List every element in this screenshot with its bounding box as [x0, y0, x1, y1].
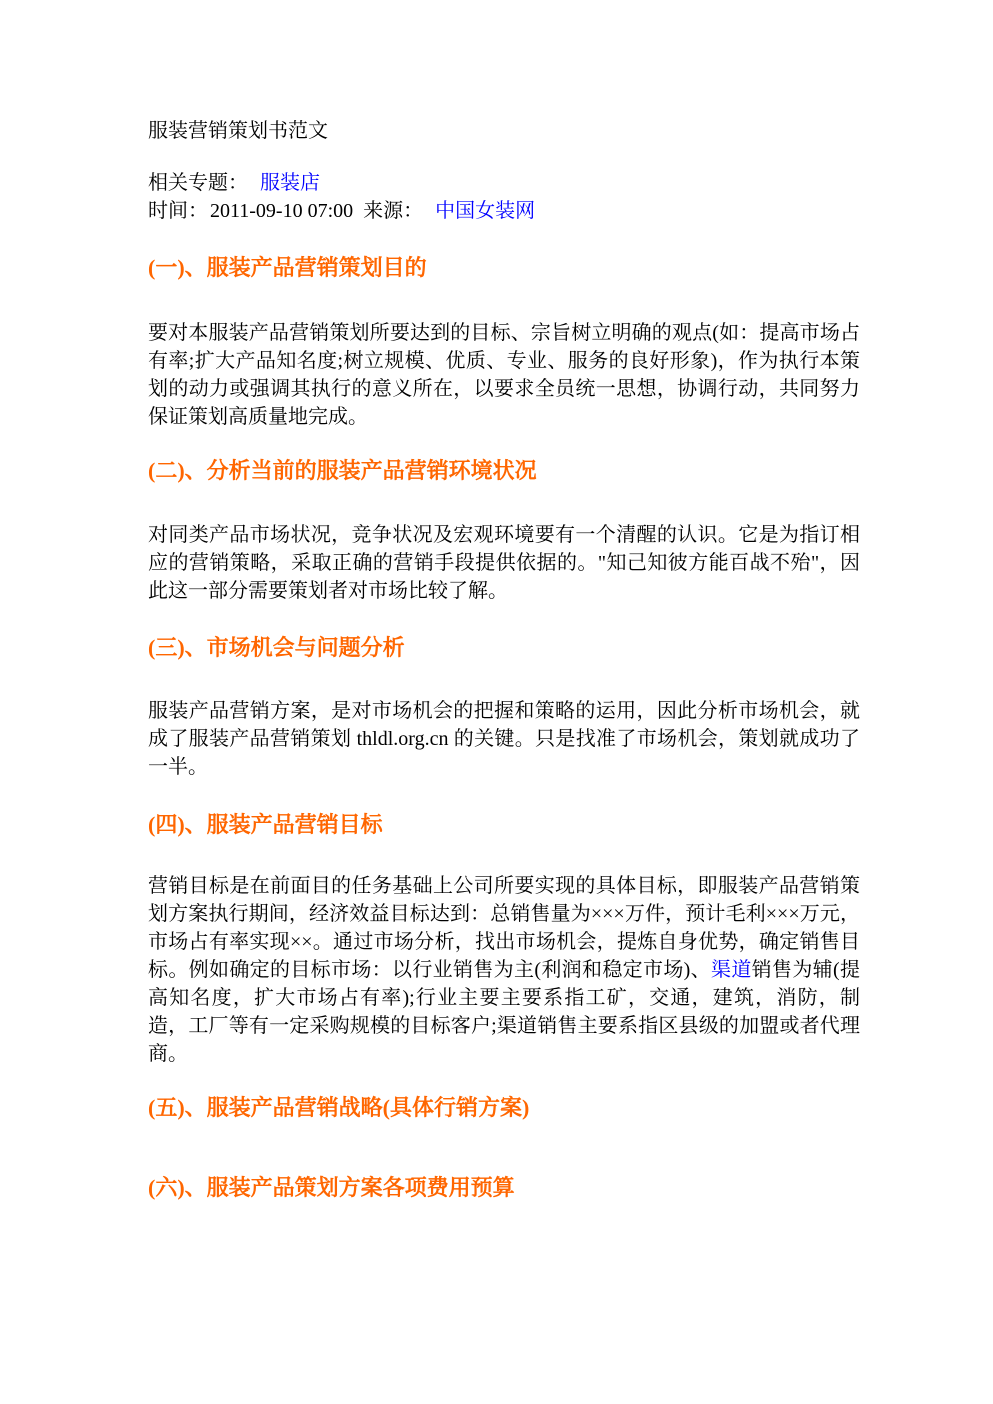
- document-title: 服装营销策划书范文: [148, 117, 860, 145]
- section-2-heading: (二)、分析当前的服装产品营销环境状况: [148, 456, 860, 486]
- time-source-line: 时间：2011-09-10 07:00来源：中国女装网: [148, 197, 860, 225]
- section-5-heading: (五)、服装产品营销战略(具体行销方案): [148, 1093, 860, 1123]
- document-content: 服装营销策划书范文 相关专题：服装店 时间：2011-09-10 07:00来源…: [148, 0, 860, 1203]
- channel-link[interactable]: 渠道: [711, 959, 752, 981]
- source-link[interactable]: 中国女装网: [435, 200, 535, 222]
- section-4-heading: (四)、服装产品营销目标: [148, 810, 860, 840]
- source-label: 来源：: [363, 200, 423, 222]
- related-topic-label: 相关专题：: [148, 172, 248, 194]
- time-label: 时间：: [148, 200, 208, 222]
- related-topic-line: 相关专题：服装店: [148, 169, 860, 197]
- document-page: 服装营销策划书范文 相关专题：服装店 时间：2011-09-10 07:00来源…: [0, 0, 993, 1404]
- related-topic-link[interactable]: 服装店: [260, 172, 320, 194]
- section-4-paragraph: 营销目标是在前面目的任务基础上公司所要实现的具体目标，即服装产品营销策划方案执行…: [148, 872, 860, 1068]
- section-1-heading: (一)、服装产品营销策划目的: [148, 253, 860, 283]
- section-1-paragraph: 要对本服装产品营销策划所要达到的目标、宗旨树立明确的观点(如：提高市场占有率;扩…: [148, 319, 860, 431]
- time-value: 2011-09-10 07:00: [210, 200, 353, 222]
- section-2-paragraph: 对同类产品市场状况，竞争状况及宏观环境要有一个清醒的认识。它是为指订相应的营销策…: [148, 521, 860, 605]
- section-6-heading: (六)、服装产品策划方案各项费用预算: [148, 1173, 860, 1203]
- section-3-heading: (三)、市场机会与问题分析: [148, 633, 860, 663]
- section-3-paragraph: 服装产品营销方案，是对市场机会的把握和策略的运用，因此分析市场机会，就成了服装产…: [148, 697, 860, 781]
